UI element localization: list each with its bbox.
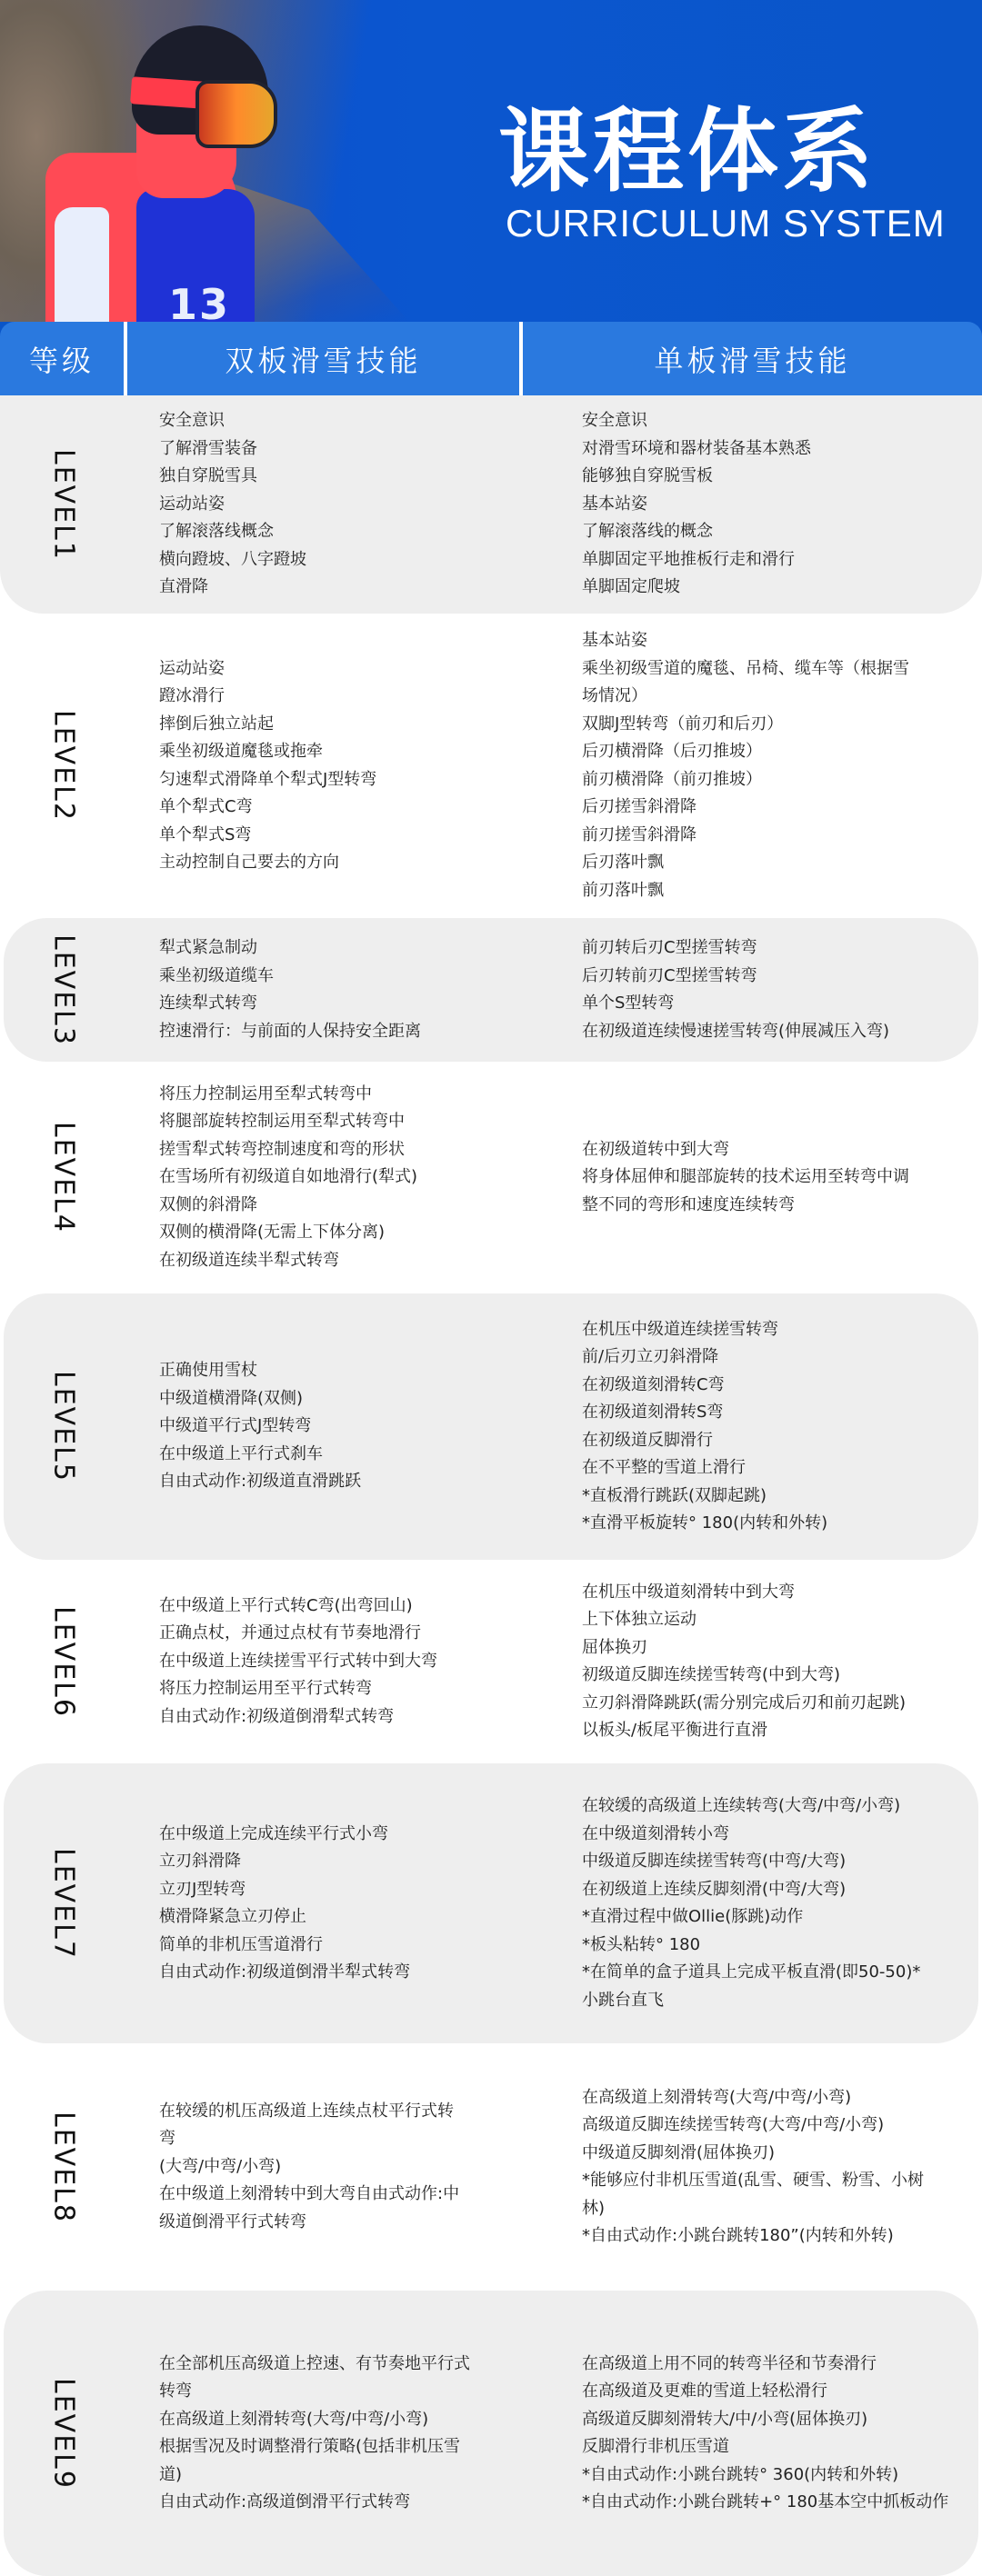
list-item: 摔倒后独立站起 <box>159 711 582 739</box>
list-item: 前刃搓雪斜滑降 <box>582 822 982 850</box>
list-item: 在较缓的高级道上连续转弯(大弯/中弯/小弯) <box>582 1792 982 1821</box>
list-item: 主动控制自己要去的方向 <box>159 849 582 877</box>
list-item: 简单的非机压雪道滑行 <box>159 1932 582 1960</box>
level-row-6: LEVEL6在中级道上平行式转C弯(出弯回山)正确点杖，并通过点杖有节奏地滑行在… <box>0 1560 982 1763</box>
list-item: 控速滑行：与前面的人保持安全距离 <box>159 1018 582 1046</box>
level-label-cell: LEVEL1 <box>0 395 127 614</box>
list-item: 后刃横滑降（后刃推坡） <box>582 738 982 766</box>
list-item: *直滑平板旋转° 180(内转和外转) <box>582 1510 982 1538</box>
level-label-cell: LEVEL4 <box>0 1062 127 1293</box>
snowboard-skills-list: 在机压中级道刻滑转中到大弯上下体独立运动屈体换刃初级道反脚连续搓雪转弯(中到大弯… <box>582 1560 982 1763</box>
list-item: *自由式动作:小跳台跳转180”(内转和外转) <box>582 2222 982 2251</box>
list-item: 自由式动作:初级道倒滑半犁式转弯 <box>159 1959 582 1987</box>
list-item: 乘坐初级道缆车 <box>159 963 582 991</box>
list-item: 在高级道上刻滑转弯(大弯/中弯/小弯) <box>159 2406 582 2434</box>
list-item: 在高级道及更难的雪道上轻松滑行 <box>582 2378 982 2406</box>
ski-skills-list: 在较缓的机压高级道上连续点杖平行式转弯(大弯/中弯/小弯)在中级道上刻滑转中到大… <box>127 2043 582 2291</box>
list-item: 乘坐初级道魔毯或拖牵 <box>159 738 582 766</box>
list-item: 在初级道反脚滑行 <box>582 1427 982 1455</box>
list-item: *在简单的盒子道具上完成平板直滑(即50-50)* <box>582 1959 982 1987</box>
level-label-cell: LEVEL3 <box>0 918 127 1062</box>
list-item: 了解滚落线概念 <box>159 518 582 546</box>
list-item: 在不平整的雪道上滑行 <box>582 1454 982 1483</box>
list-item: 在初级道上连续反脚刻滑(中弯/大弯) <box>582 1876 982 1904</box>
list-item: 对滑雪环境和器材装备基本熟悉 <box>582 435 982 464</box>
list-item: 将压力控制运用至犁式转弯中 <box>159 1081 582 1109</box>
list-item: 单个犁式S弯 <box>159 822 582 850</box>
list-item: 中级道反脚刻滑(屈体换刃) <box>582 2140 982 2168</box>
ski-skills-list: 犁式紧急制动乘坐初级道缆车连续犁式转弯控速滑行：与前面的人保持安全距离 <box>127 918 582 1062</box>
levels-table: LEVEL1安全意识了解滑雪装备独自穿脱雪具运动站姿了解滚落线概念横向蹬坡、八字… <box>0 395 982 2576</box>
ski-skills-list: 将压力控制运用至犁式转弯中将腿部旋转控制运用至犁式转弯中搓雪犁式转弯控制速度和弯… <box>127 1062 582 1293</box>
page-title: 课程体系 <box>498 102 877 202</box>
list-item: 犁式紧急制动 <box>159 934 582 963</box>
list-item: *能够应付非机压雪道(乱雪、硬雪、粉雪、小树 <box>582 2167 982 2195</box>
level-row-7: LEVEL7在中级道上完成连续平行式小弯立刃斜滑降立刃J型转弯横滑降紧急立刃停止… <box>0 1763 982 2043</box>
list-item: 自由式动作:高级道倒滑平行式转弯 <box>159 2489 582 2517</box>
list-item: 反脚滑行非机压雪道 <box>582 2433 982 2461</box>
level-label: LEVEL8 <box>48 2112 80 2223</box>
level-row-8: LEVEL8在较缓的机压高级道上连续点杖平行式转弯(大弯/中弯/小弯)在中级道上… <box>0 2043 982 2291</box>
list-item: *直滑过程中做Ollie(豚跳)动作 <box>582 1903 982 1932</box>
level-row-4: LEVEL4将压力控制运用至犁式转弯中将腿部旋转控制运用至犁式转弯中搓雪犁式转弯… <box>0 1062 982 1293</box>
list-item: 能够独自穿脱雪板 <box>582 463 982 491</box>
list-item: 以板头/板尾平衡进行直滑 <box>582 1717 982 1745</box>
header-ski-skills: 双板滑雪技能 <box>127 322 523 395</box>
list-item: 单脚固定平地推板行走和滑行 <box>582 546 982 574</box>
list-item: 在中级道上平行式刹车 <box>159 1441 582 1469</box>
list-item: 了解滑雪装备 <box>159 435 582 464</box>
level-label-cell: LEVEL6 <box>0 1560 127 1763</box>
list-item: 搓雪犁式转弯控制速度和弯的形状 <box>159 1136 582 1164</box>
snowboard-skills-list: 安全意识对滑雪环境和器材装备基本熟悉能够独自穿脱雪板基本站姿了解滚落线的概念单脚… <box>582 395 982 614</box>
ski-skills-list: 安全意识了解滑雪装备独自穿脱雪具运动站姿了解滚落线概念横向蹬坡、八字蹬坡直滑降 <box>127 395 582 614</box>
snowboard-skills-list: 基本站姿乘坐初级雪道的魔毯、吊椅、缆车等（根据雪场情况）双脚J型转弯（前刃和后刃… <box>582 614 982 918</box>
list-item: 安全意识 <box>582 407 982 435</box>
list-item: 在初级道连续慢速搓雪转弯(伸展减压入弯) <box>582 1018 982 1046</box>
list-item: 双侧的横滑降(无需上下体分离) <box>159 1219 582 1247</box>
list-item: 在中级道上平行式转C弯(出弯回山) <box>159 1593 582 1621</box>
bib-number: 13 <box>168 280 230 322</box>
level-label: LEVEL9 <box>48 2378 80 2490</box>
level-label: LEVEL2 <box>48 710 80 822</box>
list-item: 在初级道刻滑转S弯 <box>582 1399 982 1427</box>
level-label-cell: LEVEL5 <box>0 1293 127 1560</box>
list-item: 在雪场所有初级道自如地滑行(犁式) <box>159 1163 582 1192</box>
list-item: 前刃落叶飘 <box>582 877 982 905</box>
list-item: 自由式动作:初级道倒滑犁式转弯 <box>159 1703 582 1732</box>
list-item: 在初级道刻滑转C弯 <box>582 1372 982 1400</box>
list-item: 蹬冰滑行 <box>159 683 582 711</box>
list-item: 在中级道刻滑转小弯 <box>582 1821 982 1849</box>
list-item: (大弯/中弯/小弯) <box>159 2153 582 2182</box>
list-item: 在初级道转中到大弯 <box>582 1136 982 1164</box>
level-label: LEVEL1 <box>48 449 80 561</box>
list-item: 高级道反脚刻滑转大/中/小弯(屈体换刃) <box>582 2406 982 2434</box>
list-item: 直滑降 <box>159 574 582 602</box>
list-item: 运动站姿 <box>159 491 582 519</box>
list-item: 在全部机压高级道上控速、有节奏地平行式 <box>159 2351 582 2379</box>
list-item: 在初级道连续半犁式转弯 <box>159 1247 582 1275</box>
level-label: LEVEL5 <box>48 1371 80 1483</box>
list-item: 在高级道上用不同的转弯半径和节奏滑行 <box>582 2351 982 2379</box>
level-label-cell: LEVEL2 <box>0 614 127 918</box>
list-item: 在中级道上刻滑转中到大弯自由式动作:中 <box>159 2181 582 2209</box>
snowboard-skills-list: 前刃转后刃C型搓雪转弯后刃转前刃C型搓雪转弯单个S型转弯在初级道连续慢速搓雪转弯… <box>582 918 982 1062</box>
list-item: 独自穿脱雪具 <box>159 463 582 491</box>
list-item: 后刃落叶飘 <box>582 849 982 877</box>
list-item: 高级道反脚连续搓雪转弯(大弯/中弯/小弯) <box>582 2112 982 2140</box>
list-item: 基本站姿 <box>582 491 982 519</box>
list-item: 乘坐初级雪道的魔毯、吊椅、缆车等（根据雪 <box>582 655 982 684</box>
level-label: LEVEL6 <box>48 1606 80 1718</box>
table-header: 等级 双板滑雪技能 单板滑雪技能 <box>0 322 982 395</box>
header-snowboard-skills: 单板滑雪技能 <box>523 322 982 395</box>
list-item: 中级道平行式J型转弯 <box>159 1413 582 1441</box>
list-item: 在高级道上刻滑转弯(大弯/中弯/小弯) <box>582 2084 982 2112</box>
level-row-1: LEVEL1安全意识了解滑雪装备独自穿脱雪具运动站姿了解滚落线概念横向蹬坡、八字… <box>0 395 982 614</box>
list-item: 双侧的斜滑降 <box>159 1192 582 1220</box>
list-item: 道) <box>159 2461 582 2490</box>
list-item: 立刃斜滑降跳跃(需分别完成后刃和前刃起跳) <box>582 1690 982 1718</box>
list-item: 屈体换刃 <box>582 1634 982 1662</box>
list-item: 在机压中级道刻滑转中到大弯 <box>582 1579 982 1607</box>
list-item: 在机压中级道连续搓雪转弯 <box>582 1316 982 1344</box>
list-item: 弯 <box>159 2125 582 2153</box>
level-label-cell: LEVEL8 <box>0 2043 127 2291</box>
list-item: *直板滑行跳跃(双脚起跳) <box>582 1483 982 1511</box>
level-label: LEVEL7 <box>48 1848 80 1960</box>
skier-photo: 13 <box>36 16 291 322</box>
goggle-lens <box>195 80 277 148</box>
level-row-5: LEVEL5正确使用雪杖中级道横滑降(双侧)中级道平行式J型转弯在中级道上平行式… <box>0 1293 982 1560</box>
list-item: *板头粘转° 180 <box>582 1932 982 1960</box>
list-item: 前刃横滑降（前刃推坡） <box>582 766 982 794</box>
ski-skills-list: 在中级道上平行式转C弯(出弯回山)正确点杖，并通过点杖有节奏地滑行在中级道上连续… <box>127 1560 582 1763</box>
list-item: 后刃转前刃C型搓雪转弯 <box>582 963 982 991</box>
ski-skills-list: 运动站姿蹬冰滑行摔倒后独立站起乘坐初级道魔毯或拖牵匀速犁式滑降单个犁式J型转弯单… <box>127 614 582 918</box>
list-item: *自由式动作:小跳台跳转+° 180基本空中抓板动作 <box>582 2489 982 2517</box>
list-item: 将身体屈伸和腿部旋转的技术运用至转弯中调 <box>582 1163 982 1192</box>
list-item: 中级道横滑降(双侧) <box>159 1385 582 1413</box>
ski-skills-list: 在全部机压高级道上控速、有节奏地平行式转弯在高级道上刻滑转弯(大弯/中弯/小弯)… <box>127 2291 582 2576</box>
list-item: 在中级道上连续搓雪平行式转中到大弯 <box>159 1648 582 1676</box>
list-item: 根据雪况及时调整滑行策略(包括非机压雪 <box>159 2433 582 2461</box>
snowboard-skills-list: 在初级道转中到大弯将身体屈伸和腿部旋转的技术运用至转弯中调整不同的弯形和速度连续… <box>582 1062 982 1293</box>
list-item: 整不同的弯形和速度连续转弯 <box>582 1192 982 1220</box>
list-item: 安全意识 <box>159 407 582 435</box>
list-item: 运动站姿 <box>159 655 582 684</box>
header-level: 等级 <box>0 322 127 395</box>
list-item: 在较缓的机压高级道上连续点杖平行式转 <box>159 2098 582 2126</box>
list-item: 自由式动作:初级道直滑跳跃 <box>159 1468 582 1496</box>
list-item: 小跳台直飞 <box>582 1987 982 2015</box>
list-item: 上下体独立运动 <box>582 1606 982 1634</box>
list-item: 将压力控制运用至平行式转弯 <box>159 1675 582 1703</box>
skier-sleeve <box>55 207 109 322</box>
list-item: 前/后刃立刃斜滑降 <box>582 1343 982 1372</box>
list-item: 了解滚落线的概念 <box>582 518 982 546</box>
list-item: 转弯 <box>159 2378 582 2406</box>
level-label-cell: LEVEL9 <box>0 2291 127 2576</box>
list-item: 中级道反脚连续搓雪转弯(中弯/大弯) <box>582 1848 982 1876</box>
list-item: 初级道反脚连续搓雪转弯(中到大弯) <box>582 1662 982 1690</box>
list-item: 将腿部旋转控制运用至犁式转弯中 <box>159 1108 582 1136</box>
list-item: 基本站姿 <box>582 627 982 655</box>
list-item: 单个S型转弯 <box>582 990 982 1018</box>
list-item: 连续犁式转弯 <box>159 990 582 1018</box>
level-row-9: LEVEL9在全部机压高级道上控速、有节奏地平行式转弯在高级道上刻滑转弯(大弯/… <box>0 2291 982 2576</box>
list-item: 级道倒滑平行式转弯 <box>159 2209 582 2237</box>
hero-banner: 13 课程体系 CURRICULUM SYSTEM <box>0 0 982 322</box>
list-item: 正确使用雪杖 <box>159 1357 582 1385</box>
list-item: 在中级道上完成连续平行式小弯 <box>159 1821 582 1849</box>
ski-skills-list: 在中级道上完成连续平行式小弯立刃斜滑降立刃J型转弯横滑降紧急立刃停止简单的非机压… <box>127 1763 582 2043</box>
list-item: 林) <box>582 2195 982 2223</box>
list-item: 场情况） <box>582 683 982 711</box>
level-label: LEVEL3 <box>48 934 80 1046</box>
list-item: 单脚固定爬坡 <box>582 574 982 602</box>
level-row-3: LEVEL3犁式紧急制动乘坐初级道缆车连续犁式转弯控速滑行：与前面的人保持安全距… <box>0 918 982 1062</box>
level-row-2: LEVEL2运动站姿蹬冰滑行摔倒后独立站起乘坐初级道魔毯或拖牵匀速犁式滑降单个犁… <box>0 614 982 918</box>
snowboard-skills-list: 在机压中级道连续搓雪转弯前/后刃立刃斜滑降在初级道刻滑转C弯在初级道刻滑转S弯在… <box>582 1293 982 1560</box>
snowboard-skills-list: 在高级道上刻滑转弯(大弯/中弯/小弯)高级道反脚连续搓雪转弯(大弯/中弯/小弯)… <box>582 2043 982 2291</box>
snowboard-skills-list: 在高级道上用不同的转弯半径和节奏滑行在高级道及更难的雪道上轻松滑行高级道反脚刻滑… <box>582 2291 982 2576</box>
list-item: *自由式动作:小跳台跳转° 360(内转和外转) <box>582 2461 982 2490</box>
snowboard-skills-list: 在较缓的高级道上连续转弯(大弯/中弯/小弯)在中级道刻滑转小弯中级道反脚连续搓雪… <box>582 1763 982 2043</box>
list-item: 后刃搓雪斜滑降 <box>582 794 982 822</box>
list-item: 正确点杖，并通过点杖有节奏地滑行 <box>159 1620 582 1648</box>
page-subtitle: CURRICULUM SYSTEM <box>506 202 946 245</box>
list-item: 单个犁式C弯 <box>159 794 582 822</box>
list-item: 双脚J型转弯（前刃和后刃） <box>582 711 982 739</box>
list-item: 横向蹬坡、八字蹬坡 <box>159 546 582 574</box>
level-label-cell: LEVEL7 <box>0 1763 127 2043</box>
ski-skills-list: 正确使用雪杖中级道横滑降(双侧)中级道平行式J型转弯在中级道上平行式刹车自由式动… <box>127 1293 582 1560</box>
list-item: 匀速犁式滑降单个犁式J型转弯 <box>159 766 582 794</box>
list-item: 横滑降紧急立刃停止 <box>159 1903 582 1932</box>
list-item: 立刃斜滑降 <box>159 1848 582 1876</box>
table-header-bar: 等级 双板滑雪技能 单板滑雪技能 <box>0 322 982 395</box>
list-item: 立刃J型转弯 <box>159 1876 582 1904</box>
level-label: LEVEL4 <box>48 1122 80 1233</box>
list-item: 前刃转后刃C型搓雪转弯 <box>582 934 982 963</box>
